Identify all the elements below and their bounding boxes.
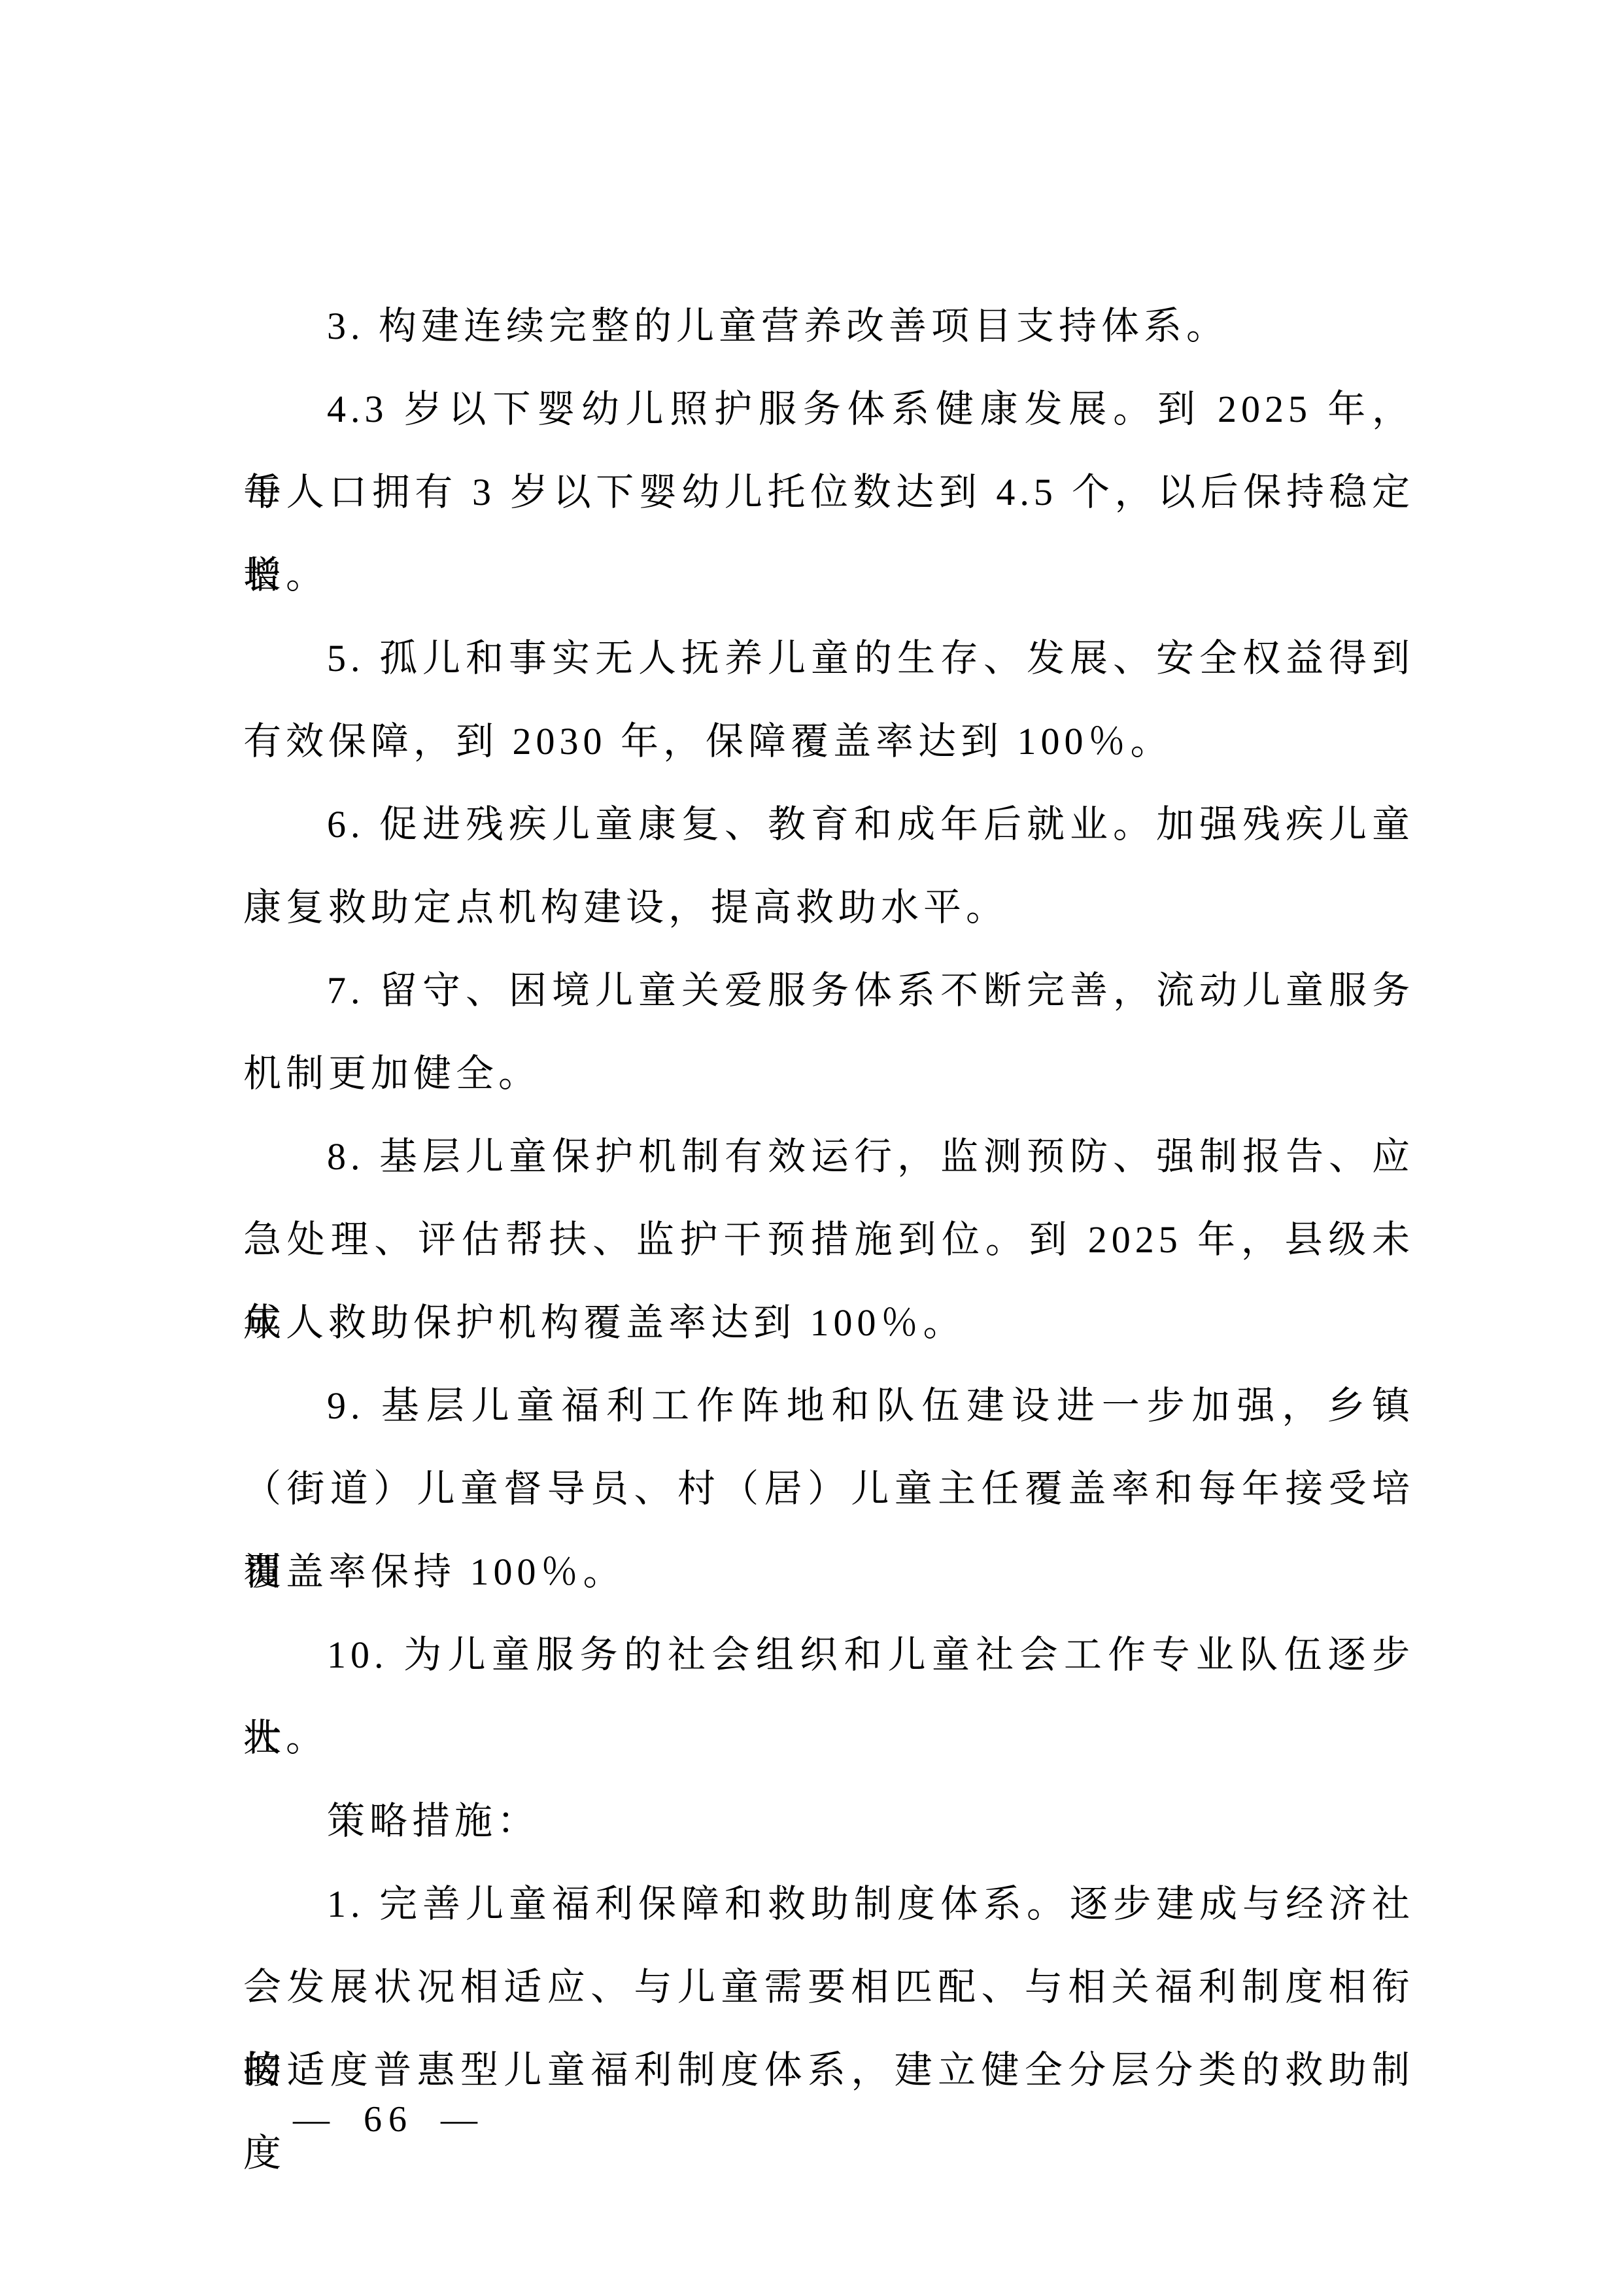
doc-line: 1. 完善儿童福利保障和救助制度体系。逐步建成与经济社	[243, 1862, 1414, 1945]
doc-line: （街道）儿童督导员、村（居）儿童主任覆盖率和每年接受培训	[243, 1447, 1414, 1530]
document-page: 3. 构建连续完整的儿童营养改善项目支持体系。 4.3 岁以下婴幼儿照护服务体系…	[0, 0, 1623, 2296]
doc-line: 5. 孤儿和事实无人抚养儿童的生存、发展、安全权益得到	[243, 617, 1414, 700]
doc-line: 4.3 岁以下婴幼儿照护服务体系健康发展。到 2025 年，每	[243, 368, 1414, 451]
doc-line: 策略措施：	[243, 1779, 1414, 1862]
body-text-block: 3. 构建连续完整的儿童营养改善项目支持体系。 4.3 岁以下婴幼儿照护服务体系…	[243, 284, 1414, 2112]
doc-line: 9. 基层儿童福利工作阵地和队伍建设进一步加强，乡镇	[243, 1364, 1414, 1447]
doc-line: 急处理、评估帮扶、监护干预措施到位。到 2025 年，县级未成	[243, 1198, 1414, 1281]
doc-line: 7. 留守、困境儿童关爱服务体系不断完善，流动儿童服务	[243, 949, 1414, 1032]
doc-line: 千人口拥有 3 岁以下婴幼儿托位数达到 4.5 个，以后保持稳定增	[243, 451, 1414, 534]
doc-line: 8. 基层儿童保护机制有效运行，监测预防、强制报告、应	[243, 1115, 1414, 1198]
doc-line: 大。	[243, 1696, 1414, 1779]
doc-line: 3. 构建连续完整的儿童营养改善项目支持体系。	[243, 284, 1414, 368]
page-number: — 66 —	[293, 2090, 484, 2149]
doc-line: 康复救助定点机构建设，提高救助水平。	[243, 866, 1414, 949]
doc-line: 会发展状况相适应、与儿童需要相匹配、与相关福利制度相衔接	[243, 1945, 1414, 2029]
doc-line: 覆盖率保持 100％。	[243, 1530, 1414, 1613]
doc-line: 年人救助保护机构覆盖率达到 100％。	[243, 1281, 1414, 1364]
doc-line: 10. 为儿童服务的社会组织和儿童社会工作专业队伍逐步壮	[243, 1613, 1414, 1696]
doc-line: 机制更加健全。	[243, 1032, 1414, 1115]
doc-line: 长。	[243, 534, 1414, 617]
doc-line: 6. 促进残疾儿童康复、教育和成年后就业。加强残疾儿童	[243, 783, 1414, 866]
doc-line: 有效保障，到 2030 年，保障覆盖率达到 100％。	[243, 700, 1414, 783]
